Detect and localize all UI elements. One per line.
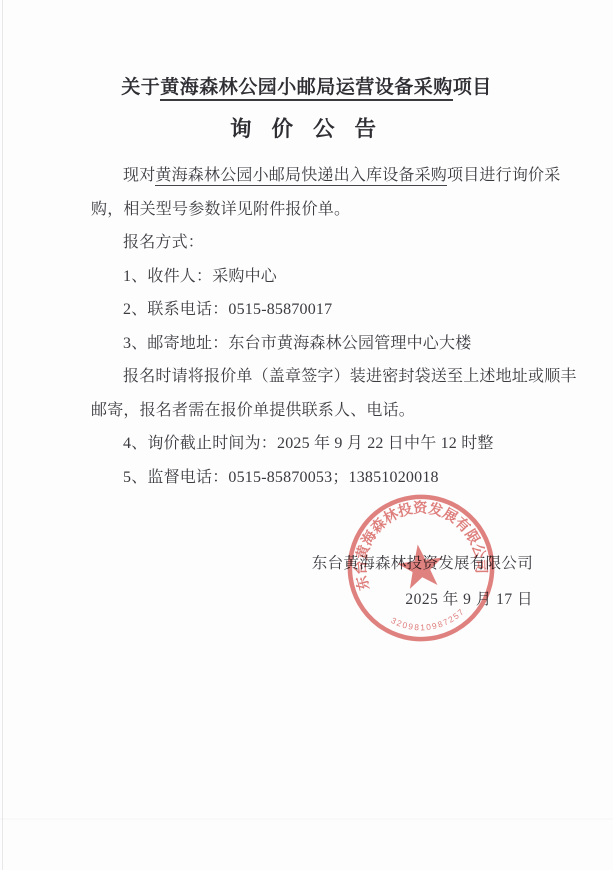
body-line-10: 5、监督电话：0515-85870053；13851020018 bbox=[91, 461, 561, 495]
body-line-1: 现对黄海森林公园小邮局快递出入库设备采购项目进行询价采 bbox=[91, 159, 561, 193]
scan-artifact-band bbox=[0, 818, 613, 820]
body-line-8: 邮寄，报名者需在报价单提供联系人、电话。 bbox=[91, 394, 561, 428]
line1-prefix: 现对 bbox=[123, 167, 155, 184]
body-line-2: 购，相关型号参数详见附件报价单。 bbox=[91, 193, 561, 227]
document-subtitle: 询 价 公 告 bbox=[0, 112, 613, 143]
document-title: 关于黄海森林公园小邮局运营设备采购项目 bbox=[0, 72, 613, 99]
signature-block: 东台黄海森林投资发展有限公司 2025 年 9 月 17 日 bbox=[312, 553, 533, 611]
body-line-6: 3、邮寄地址：东台市黄海森林公园管理中心大楼 bbox=[91, 327, 561, 361]
title-suffix: 项目 bbox=[453, 77, 492, 98]
document-body: 现对黄海森林公园小邮局快递出入库设备采购项目进行询价采 购，相关型号参数详见附件… bbox=[91, 159, 561, 494]
body-line-3: 报名方式： bbox=[91, 226, 561, 260]
title-underlined-segment: 黄海森林公园小邮局运营设备采购 bbox=[160, 77, 453, 101]
signature-company-name: 东台黄海森林投资发展有限公司 bbox=[312, 553, 533, 575]
line1-suffix: 项目进行询价采 bbox=[447, 167, 560, 184]
body-line-9: 4、询价截止时间为：2025 年 9 月 22 日中午 12 时整 bbox=[91, 427, 561, 461]
scanned-document-page: 关于黄海森林公园小邮局运营设备采购项目 询 价 公 告 现对黄海森林公园小邮局快… bbox=[0, 0, 613, 870]
signature-date: 2025 年 9 月 17 日 bbox=[312, 589, 533, 611]
body-line-5: 2、联系电话：0515-85870017 bbox=[91, 293, 561, 327]
line1-underlined-segment: 黄海森林公园小邮局快递出入库设备采购 bbox=[155, 167, 447, 186]
title-prefix: 关于 bbox=[121, 77, 160, 98]
body-line-7: 报名时请将报价单（盖章签字）装进密封袋送至上述地址或顺丰 bbox=[91, 360, 561, 394]
body-line-4: 1、收件人：采购中心 bbox=[91, 260, 561, 294]
